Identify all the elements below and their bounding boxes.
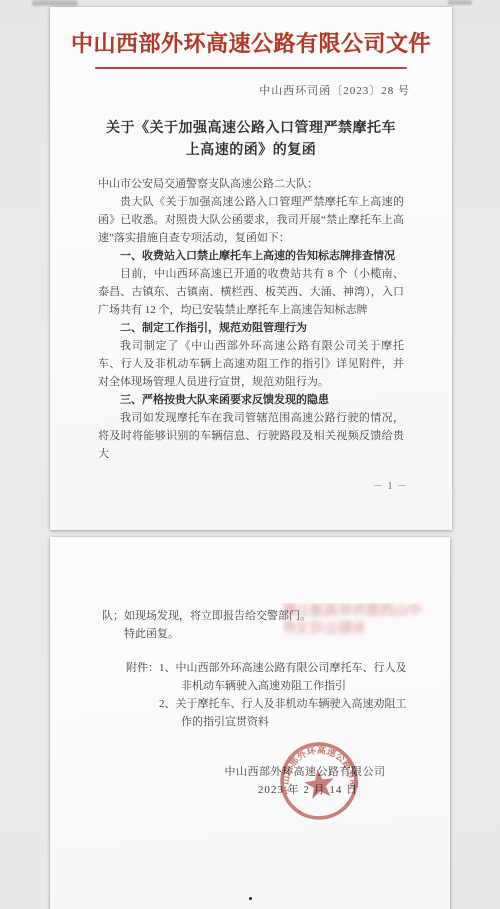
attachment-item-1: 1、中山西部外环高速公路有限公司摩托车、行人及非机动车辆驶入高速劝阻工作指引 [159,659,415,695]
closing-line: 特此函复。 [102,625,408,643]
section-heading-3: 三、严格按贵大队来函要求反馈发现的隐患 [98,391,404,409]
signature-company: 中山西部外环高速公路有限公司 [50,763,450,781]
cropped-corner-fragment-right [448,0,472,5]
attachments-list: 1、中山西部外环高速公路有限公司摩托车、行人及非机动车辆驶入高速劝阻工作指引 2… [159,659,415,731]
scan-artifact-dot [249,897,252,900]
document-body: 中山市公安局交通警察支队高速公路二大队： 贵大队《关于加强高速公路入口管理严禁摩… [98,175,404,463]
document-page-1: 中山西部外环高速公路有限公司文件 中山西环司函〔2023〕28 号 关于《关于加… [50,7,452,530]
signature-block: 中山西部外环高速公路有限公司 2023 年 2 月 14 日 [50,763,450,799]
cropped-corner-fragment-left [32,0,78,6]
document-title-line-1: 关于《关于加强高速公路入口管理严禁摩托车 [50,118,452,140]
page2-body: 队；如现场发现，将立即报告给交警部门。 特此函复。 [102,607,408,643]
attachments-label: 附件： [126,659,159,731]
letterhead-divider-line [95,67,407,69]
letterhead-title: 中山西部外环高速公路有限公司文件 [50,27,452,58]
document-photo-viewer: 中山西部外环高速公路有限公司文件 中山西环司函〔2023〕28 号 关于《关于加… [0,0,500,909]
paragraph-continuation: 队；如现场发现，将立即报告给交警部门。 [102,607,408,625]
document-number: 中山西环司函〔2023〕28 号 [50,82,452,98]
paragraph-section-3: 我司如发现摩托车在我司管辖范围高速公路行驶的情况，将及时将能够识别的车辆信息、行… [98,409,404,463]
signature-date: 2023 年 2 月 14 日 [50,781,450,799]
section-heading-2: 二、制定工作指引，规范劝阻管理行为 [98,319,404,337]
paragraph-section-2: 我司制定了《中山西部外环高速公路有限公司关于摩托车、行人及非机动车辆上高速劝阻工… [98,337,404,391]
document-title: 关于《关于加强高速公路入口管理严禁摩托车 上高速的函》的复函 [50,118,452,162]
paragraph-intro: 贵大队《关于加强高速公路入口管理严禁摩托车上高速的函》已收悉。对照贵大队公函要求… [98,193,404,247]
section-heading-1: 一、收费站入口禁止摩托车上高速的告知标志牌排查情况 [98,247,404,265]
document-title-line-2: 上高速的函》的复函 [50,140,452,162]
attachments-block: 附件： 1、中山西部外环高速公路有限公司摩托车、行人及非机动车辆驶入高速劝阻工作… [126,659,415,731]
addressee-line: 中山市公安局交通警察支队高速公路二大队： [98,175,404,193]
document-page-2: 中山西部外环高速公路有限公司文件 队；如现场发现，将立即报告给交警部门。 特此函… [50,537,450,909]
attachment-item-2: 2、关于摩托车、行人及非机动车辆驶入高速劝阻工作的指引宣贯资料 [159,695,415,731]
page-number: － 1 － [373,477,408,492]
paragraph-section-1: 目前，中山西环高速已开通的收费站共有 8 个（小榄南、泰昌、古镇东、古镇南、横栏… [98,265,404,319]
